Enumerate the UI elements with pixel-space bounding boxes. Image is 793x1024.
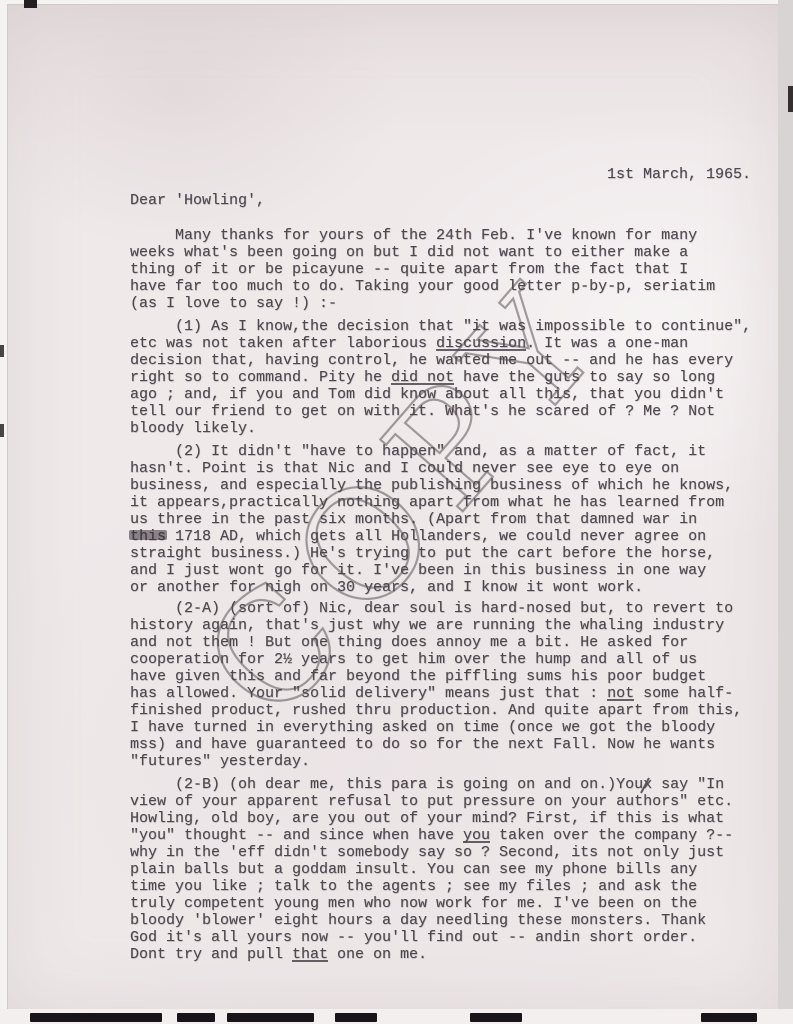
scan-artifact-bottom-1 [30, 1013, 162, 1022]
scan-artifact-bottom-3 [227, 1013, 314, 1022]
paragraph-point-2a: (2-A) (sort of) Nic, dear soul is hard-n… [130, 600, 742, 770]
scan-artifact-bottom-4 [335, 1013, 377, 1022]
underline-mark-did-not [391, 383, 454, 385]
scan-artifact-right-edge [788, 86, 793, 112]
scan-artifact-corner [24, 0, 37, 8]
strike-mark-this [129, 530, 167, 540]
underline-mark-not [607, 699, 634, 701]
paragraph-opening: Many thanks for yours of the 24th Feb. I… [130, 227, 715, 312]
letter-date: 1st March, 1965. [607, 166, 751, 183]
scan-background-right [778, 0, 793, 1024]
scan-artifact-bottom-6 [701, 1013, 757, 1022]
scanned-letter-page: { "letter": { "date": "1st March, 1965."… [0, 0, 793, 1024]
salutation: Dear 'Howling', [130, 192, 265, 209]
paragraph-point-2: (2) It didn't "have to happen" and, as a… [130, 443, 733, 596]
paragraph-point-2b: (2-B) (oh dear me, this para is going on… [130, 776, 733, 963]
scan-artifact-bottom-5 [470, 1013, 522, 1022]
underline-mark-you [463, 841, 490, 843]
paragraph-point-1: (1) As I know,the decision that "it was … [130, 318, 751, 437]
scan-artifact-left-edge-1 [0, 345, 4, 357]
scan-artifact-left-edge-2 [0, 424, 4, 437]
underline-mark-discussion [436, 349, 526, 351]
scan-artifact-bottom-2 [177, 1013, 215, 1022]
underline-mark-that [292, 960, 328, 962]
